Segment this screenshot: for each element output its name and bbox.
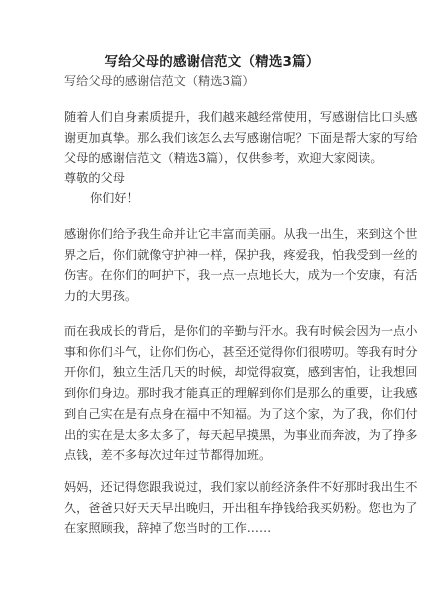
text-line: 在家照顾我，辞掉了您当时的工作…… — [64, 518, 356, 539]
document-title: 写给父母的感谢信范文（精选3篇） — [0, 50, 424, 70]
text-line: 谢更加真挚。那么我们该怎么去写感谢信呢？下面是帮大家的写给 — [64, 128, 356, 149]
text-line: 而在我成长的背后，是你们的辛勤与汗水。我有时候会因为一点小 — [64, 321, 356, 342]
document-subtitle: 写给父母的感谢信范文（精选3篇） — [64, 72, 255, 89]
intro-paragraph: 随着人们自身素质提升，我们越来越经常使用，写感谢信比口头感 谢更加真挚。那么我们… — [64, 107, 356, 209]
text-line: 随着人们自身素质提升，我们越来越经常使用，写感谢信比口头感 — [64, 107, 356, 128]
document-page: 写给父母的感谢信范文（精选3篇） 写给父母的感谢信范文（精选3篇） 随着人们自身… — [0, 0, 424, 600]
text-line: 开你们，独立生活几天的时候，却觉得寂寞，感到害怕，让我想回 — [64, 362, 356, 383]
text-line: 出的实在是太多太多了，每天起早摸黑，为事业而奔波，为了挣多 — [64, 425, 356, 446]
paragraph-2: 而在我成长的背后，是你们的辛勤与汗水。我有时候会因为一点小 事和你们斗气，让你们… — [64, 321, 356, 466]
text-line: 感谢你们给予我生命并让它丰富而美丽。从我一出生，来到这个世 — [64, 224, 356, 245]
salutation: 尊敬的父母 — [64, 169, 356, 188]
text-line: 久，爸爸只好天天早出晚归，开出租车挣钱给我买奶粉。您也为了 — [64, 498, 356, 519]
text-line: 事和你们斗气，让你们伤心，甚至还觉得你们很唠叨。等我有时分 — [64, 342, 356, 363]
greeting: 你们好！ — [64, 188, 356, 209]
paragraph-3: 妈妈，还记得您跟我说过，我们家以前经济条件不好那时我出生不 久，爸爸只好天天早出… — [64, 477, 356, 539]
text-line: 到你们身边。那时我才能真正的理解到你们是那么的重要，让我感 — [64, 383, 356, 404]
text-line: 父母的感谢信范文（精选3篇），仅供参考，欢迎大家阅读。 — [64, 148, 356, 169]
text-line: 界之后，你们就像守护神一样，保护我，疼爱我，怕我受到一丝的 — [64, 245, 356, 266]
text-line: 力的大男孩。 — [64, 286, 356, 307]
paragraph-1: 感谢你们给予我生命并让它丰富而美丽。从我一出生，来到这个世 界之后，你们就像守护… — [64, 224, 356, 307]
text-line: 点钱，差不多每次过年过节都得加班。 — [64, 445, 356, 466]
text-line: 到自己实在是有点身在福中不知福。为了这个家，为了我，你们付 — [64, 404, 356, 425]
text-line: 伤害。在你们的呵护下，我一点一点地长大，成为一个安康，有活 — [64, 265, 356, 286]
text-line: 妈妈，还记得您跟我说过，我们家以前经济条件不好那时我出生不 — [64, 477, 356, 498]
